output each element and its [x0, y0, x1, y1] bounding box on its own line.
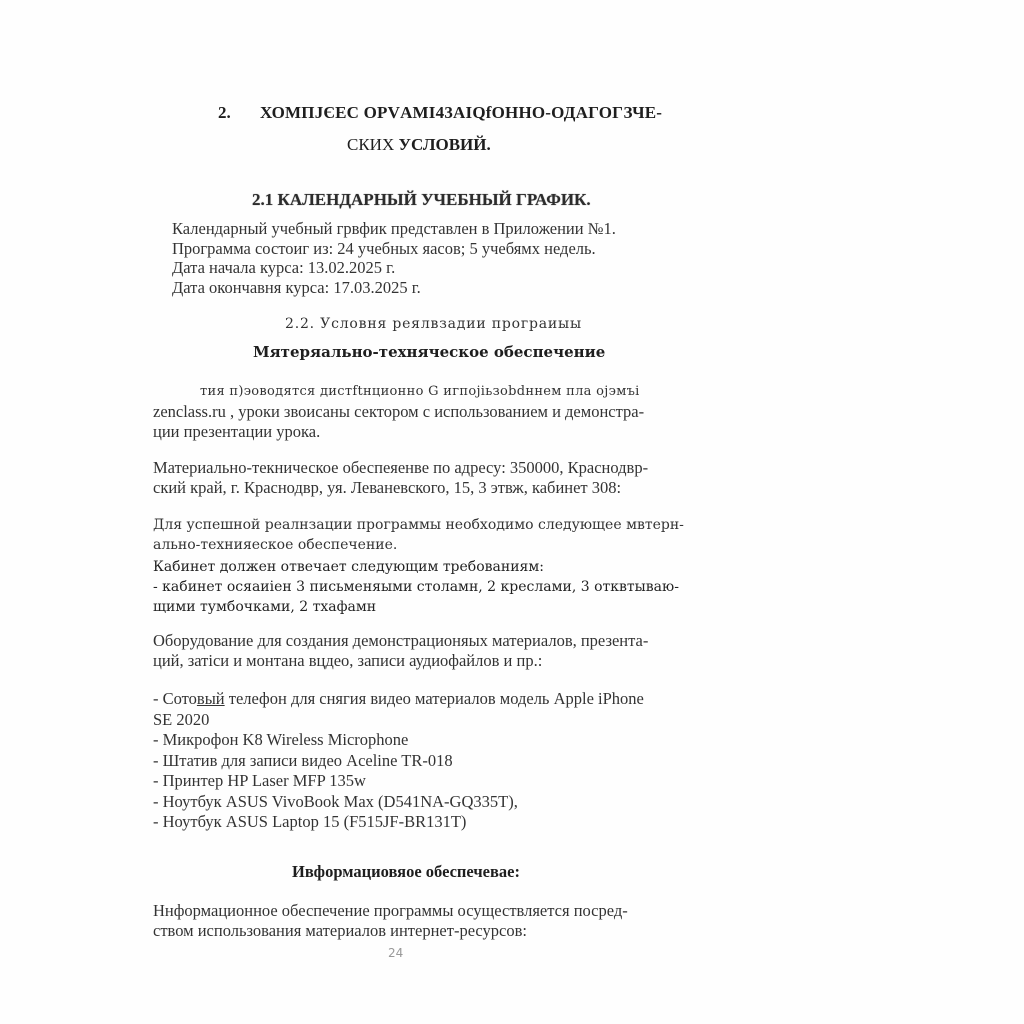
material-support-heading: Мятеряально-техняческое обеспечение — [253, 343, 605, 361]
schedule-info: Календарный учебный грвфик представлен в… — [172, 219, 616, 297]
chapter-title-bold: УСЛОВИЙ. — [398, 135, 490, 154]
chapter-title-line-2: СКИХ УСЛОВИЙ. — [347, 135, 491, 155]
paragraph-line: - кабинет осяаиіен 3 письменяыми столамн… — [153, 577, 679, 597]
equipment-item: - Принтер HP Laser MFP 135w — [153, 771, 644, 792]
schedule-line: Дата начала курса: 13.02.2025 г. — [172, 258, 616, 278]
chapter-title-line-1: ХОМПЈЄЕС ОРVАМІ43АІQfОННО-ОДАГОГЗЧЕ- — [260, 103, 662, 123]
paragraph-cabinet-requirements: Кабинет должен отвечает следующим требов… — [153, 557, 679, 617]
equipment-item-text: - Сото — [153, 689, 197, 708]
paragraph-line: Оборудование для создания демонстрационя… — [153, 631, 648, 651]
paragraph-line: тия п)эоводятся дистftнционно G игпоjiьз… — [153, 382, 644, 402]
paragraph-line: ством использования материалов интернет-… — [153, 921, 628, 941]
paragraph-line: Ннформационное обеспечение программы осу… — [153, 901, 628, 921]
paragraph-line: Кабинет должен отвечает следующим требов… — [153, 557, 679, 577]
information-support-heading: Ивформациовяое обеспечевае: — [292, 862, 520, 882]
chapter-title-regular: СКИХ — [347, 135, 398, 154]
equipment-item-text: телефон для снягия видео материалов моде… — [225, 689, 644, 708]
paragraph-information-support: Ннформационное обеспечение программы осу… — [153, 901, 628, 941]
paragraph-equipment-intro: Оборудование для создания демонстрационя… — [153, 631, 648, 671]
page-number: 24 — [388, 946, 403, 960]
paragraph-line: ский край, г. Краснодвр, уя. Леваневског… — [153, 478, 648, 498]
schedule-line: Программа состоиг из: 24 учебных яасов; … — [172, 239, 616, 259]
paragraph-line: ции презентации урока. — [153, 422, 644, 442]
equipment-item: - Сотовый телефон для снягия видео матер… — [153, 689, 644, 710]
section-2-2-heading: 2.2. Условня реялвзадии програиыы — [285, 316, 582, 332]
equipment-item-continuation: SE 2020 — [153, 710, 644, 731]
paragraph-line: zenclass.ru , уроки звоисаны сектором с … — [153, 402, 644, 422]
paragraph-line: ций, затіси и монтана вцдео, записи ауди… — [153, 651, 648, 671]
schedule-line: Дата окончавня курса: 17.03.2025 г. — [172, 278, 616, 298]
paragraph-address: Материально-текническое обеспеяенве по а… — [153, 458, 648, 498]
equipment-item: - Штатив для записи видео Aceline TR-018 — [153, 751, 644, 772]
equipment-item-underlined: вый — [197, 689, 225, 708]
paragraph-line: Материально-текническое обеспеяенве по а… — [153, 458, 648, 478]
document-page: 2. ХОМПЈЄЕС ОРVАМІ43АІQfОННО-ОДАГОГЗЧЕ- … — [0, 0, 1024, 1024]
paragraph-line: щими тумбочками, 2 тхафамн — [153, 597, 679, 617]
equipment-list: - Сотовый телефон для снягия видео матер… — [153, 689, 644, 833]
equipment-item: - Микрофон K8 Wireless Microphone — [153, 730, 644, 751]
section-2-1-heading: 2.1 КАЛЕНДАРНЫЙ УЧЕБНЫЙ ГРАФИК. — [252, 190, 591, 210]
equipment-item: - Ноутбук ASUS VivoBook Max (D541NA-GQ33… — [153, 792, 644, 813]
paragraph-line: Для успешной реалнзации программы необхо… — [153, 515, 684, 535]
schedule-line: Календарный учебный грвфик представлен в… — [172, 219, 616, 239]
chapter-number: 2. — [218, 103, 231, 123]
paragraph-distance-learning: тия п)эоводятся дистftнционно G игпоjiьз… — [153, 382, 644, 442]
equipment-item: - Ноутбук ASUS Laptop 15 (F515JF-BR131T) — [153, 812, 644, 833]
paragraph-line: ально-технияеское обеспечение. — [153, 535, 684, 555]
paragraph-requirements-intro: Для успешной реалнзации программы необхо… — [153, 515, 684, 555]
